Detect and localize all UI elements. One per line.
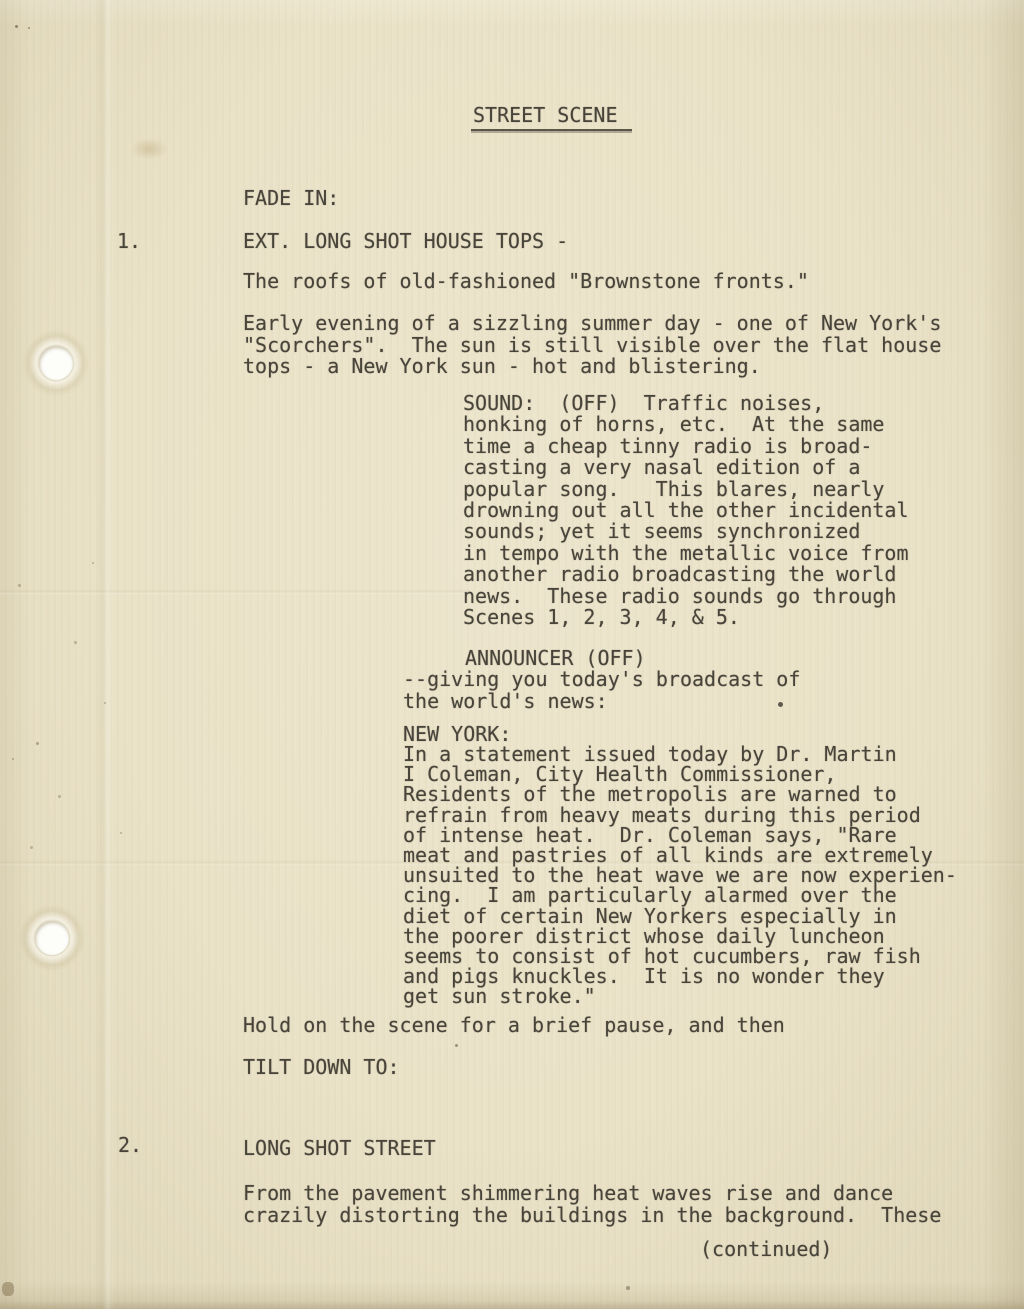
- script-page: STREET SCENE FADE IN: 1. EXT. LONG SHOT …: [0, 0, 1024, 1309]
- paper-speck: [28, 27, 30, 29]
- horizontal-crease-upper: [0, 589, 470, 595]
- paper-speck: [58, 795, 61, 798]
- paper-speck: [36, 742, 39, 745]
- punch-hole-opening: [35, 921, 69, 955]
- transition-tilt-down: TILT DOWN TO:: [243, 1057, 400, 1079]
- paper-speck: [12, 758, 14, 760]
- scene-1-number: 1.: [117, 231, 141, 253]
- paper-speck: [15, 25, 18, 28]
- vertical-crease: [96, 0, 114, 1309]
- paper-speck: [104, 702, 106, 704]
- paper-speck: [120, 832, 122, 834]
- page-title: STREET SCENE: [471, 105, 632, 131]
- fade-in: FADE IN:: [243, 188, 339, 210]
- corner-blemish: [2, 1282, 14, 1296]
- stray-ink-speck: [455, 1044, 458, 1047]
- hold-note: Hold on the scene for a brief pause, and…: [243, 1015, 785, 1037]
- stray-ink-dot-bottom: [626, 1286, 630, 1290]
- scene-1-heading: EXT. LONG SHOT HOUSE TOPS -: [243, 231, 568, 253]
- sound-direction-block: SOUND: (OFF) Traffic noises, honking of …: [463, 393, 909, 628]
- continued-note: (continued): [700, 1239, 832, 1261]
- scene-2-action: From the pavement shimmering heat waves …: [243, 1183, 941, 1226]
- scene-2-heading: LONG SHOT STREET: [243, 1138, 436, 1160]
- paper-speck: [18, 584, 21, 587]
- scene-2-number: 2.: [118, 1135, 142, 1157]
- scene-1-action-2: Early evening of a sizzling summer day -…: [243, 313, 941, 378]
- paper-speck: [92, 562, 94, 564]
- announcer-dialogue: --giving you today's broadcast of the wo…: [403, 669, 800, 712]
- punch-hole-opening: [39, 346, 73, 380]
- paper-speck: [74, 641, 77, 644]
- scene-1-action-1: The roofs of old-fashioned "Brownstone f…: [243, 271, 809, 293]
- paper-smudge: [130, 138, 168, 160]
- paper-speck: [30, 846, 33, 849]
- punch-hole-dent: [19, 905, 85, 971]
- news-body: In a statement issued today by Dr. Marti…: [403, 744, 957, 1007]
- punch-hole-dent: [23, 330, 89, 396]
